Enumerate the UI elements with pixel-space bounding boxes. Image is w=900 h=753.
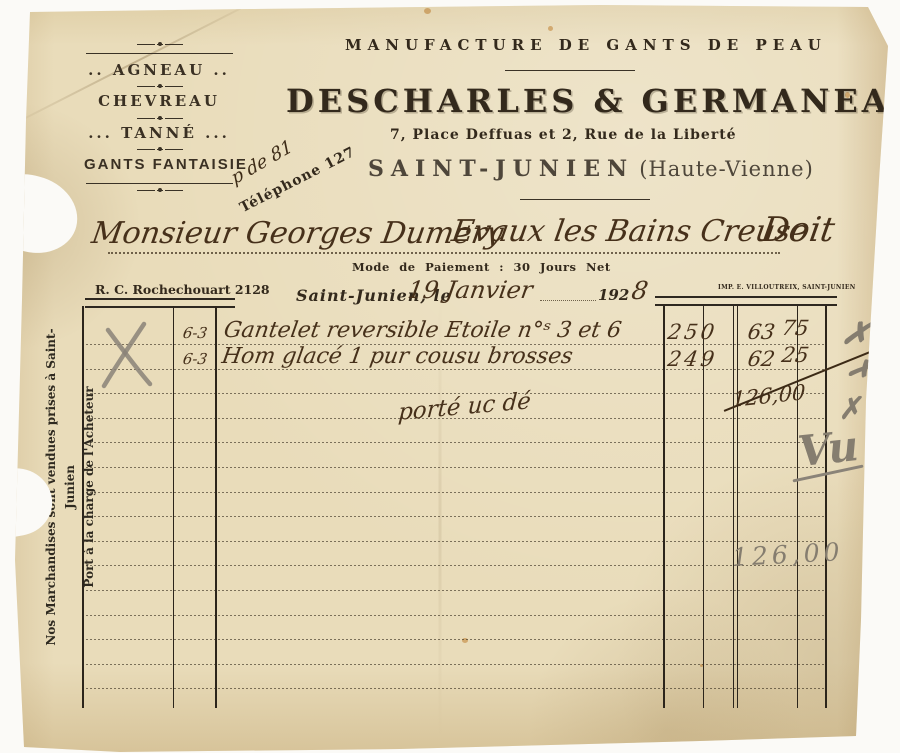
paper-tear-hole bbox=[0, 166, 86, 262]
ornament-divider bbox=[137, 116, 183, 121]
company-city: SAINT-JUNIEN bbox=[368, 156, 634, 182]
dateline-leader bbox=[540, 284, 596, 301]
shipping-terms-line2: Port à la charge de l'Acheteur bbox=[80, 326, 99, 648]
product-item-agneau: .. AGNEAU .. bbox=[84, 61, 234, 79]
payment-terms: Mode de Paiement : 30 Jours Net bbox=[352, 260, 611, 274]
header-divider bbox=[505, 70, 635, 71]
ornament-scroll-top bbox=[137, 42, 183, 47]
dateline-year-digit: 8 bbox=[630, 276, 650, 305]
product-item-gants-fantaisie: GANTS FANTAISIE bbox=[84, 156, 234, 173]
dateline-date-handwritten: 19 Janvier bbox=[406, 276, 535, 304]
margin-cross-mark: ✗ bbox=[842, 348, 879, 390]
item-description: Gantelet reversible Etoile n°ˢ 3 et 6 bbox=[222, 318, 623, 343]
company-name: DESCHARLES & GERMANEAUD bbox=[286, 82, 900, 120]
company-city-line: SAINT-JUNIEN (Haute-Vienne) bbox=[368, 156, 814, 182]
paper-sheet: .. AGNEAU .. CHEVREAU ... TANNÉ ... GANT… bbox=[0, 0, 900, 753]
panel-bottom-rule bbox=[86, 183, 233, 184]
pencil-total: 126,00 bbox=[731, 537, 844, 572]
item-francs: 63 bbox=[746, 320, 777, 344]
printer-credit: IMP. E. VILLOUTREIX, SAINT-JUNIEN bbox=[718, 284, 855, 291]
item-qty: 249 bbox=[666, 347, 719, 371]
shipping-terms-vertical: Nos Marchandises sont vendues prises à S… bbox=[42, 326, 100, 648]
table-col-line bbox=[663, 306, 665, 708]
item-ref: 6-3 bbox=[182, 350, 209, 368]
stain-spot bbox=[424, 8, 431, 14]
recipient-underline bbox=[108, 232, 780, 254]
item-ref: 6-3 bbox=[182, 324, 209, 342]
panel-top-rule bbox=[86, 53, 233, 54]
table-col-line bbox=[737, 306, 738, 708]
pencil-check-mark bbox=[98, 318, 160, 390]
product-item-chevreau: CHEVREAU bbox=[84, 92, 234, 110]
item-description: Hom glacé 1 pur cousu brosses bbox=[220, 344, 574, 369]
ornament-divider bbox=[137, 147, 183, 152]
city-divider bbox=[520, 199, 650, 200]
ornament-scroll-bottom bbox=[137, 188, 183, 193]
stain-spot bbox=[548, 26, 553, 31]
scanned-invoice: .. AGNEAU .. CHEVREAU ... TANNÉ ... GANT… bbox=[0, 0, 900, 753]
company-address: 7, Place Deffuas et 2, Rue de la Liberté bbox=[390, 127, 737, 143]
item-francs: 62 bbox=[746, 347, 777, 371]
rc-registration: R. C. Rochechouart 2128 bbox=[95, 282, 270, 297]
table-border-right bbox=[825, 306, 827, 708]
item-centimes: 25 bbox=[780, 343, 811, 367]
company-region: (Haute-Vienne) bbox=[639, 157, 814, 181]
table-col-line bbox=[215, 306, 217, 708]
table-col-line bbox=[733, 306, 734, 708]
company-tagline: MANUFACTURE DE GANTS DE PEAU bbox=[345, 36, 827, 54]
ornament-divider bbox=[137, 84, 183, 89]
table-col-line bbox=[173, 306, 174, 708]
dateline-year-printed: 192 bbox=[598, 286, 629, 304]
item-qty: 250 bbox=[666, 320, 719, 344]
right-double-rule bbox=[655, 296, 837, 306]
item-centimes: 75 bbox=[780, 316, 811, 340]
product-item-tanne: ... TANNÉ ... bbox=[84, 124, 234, 142]
